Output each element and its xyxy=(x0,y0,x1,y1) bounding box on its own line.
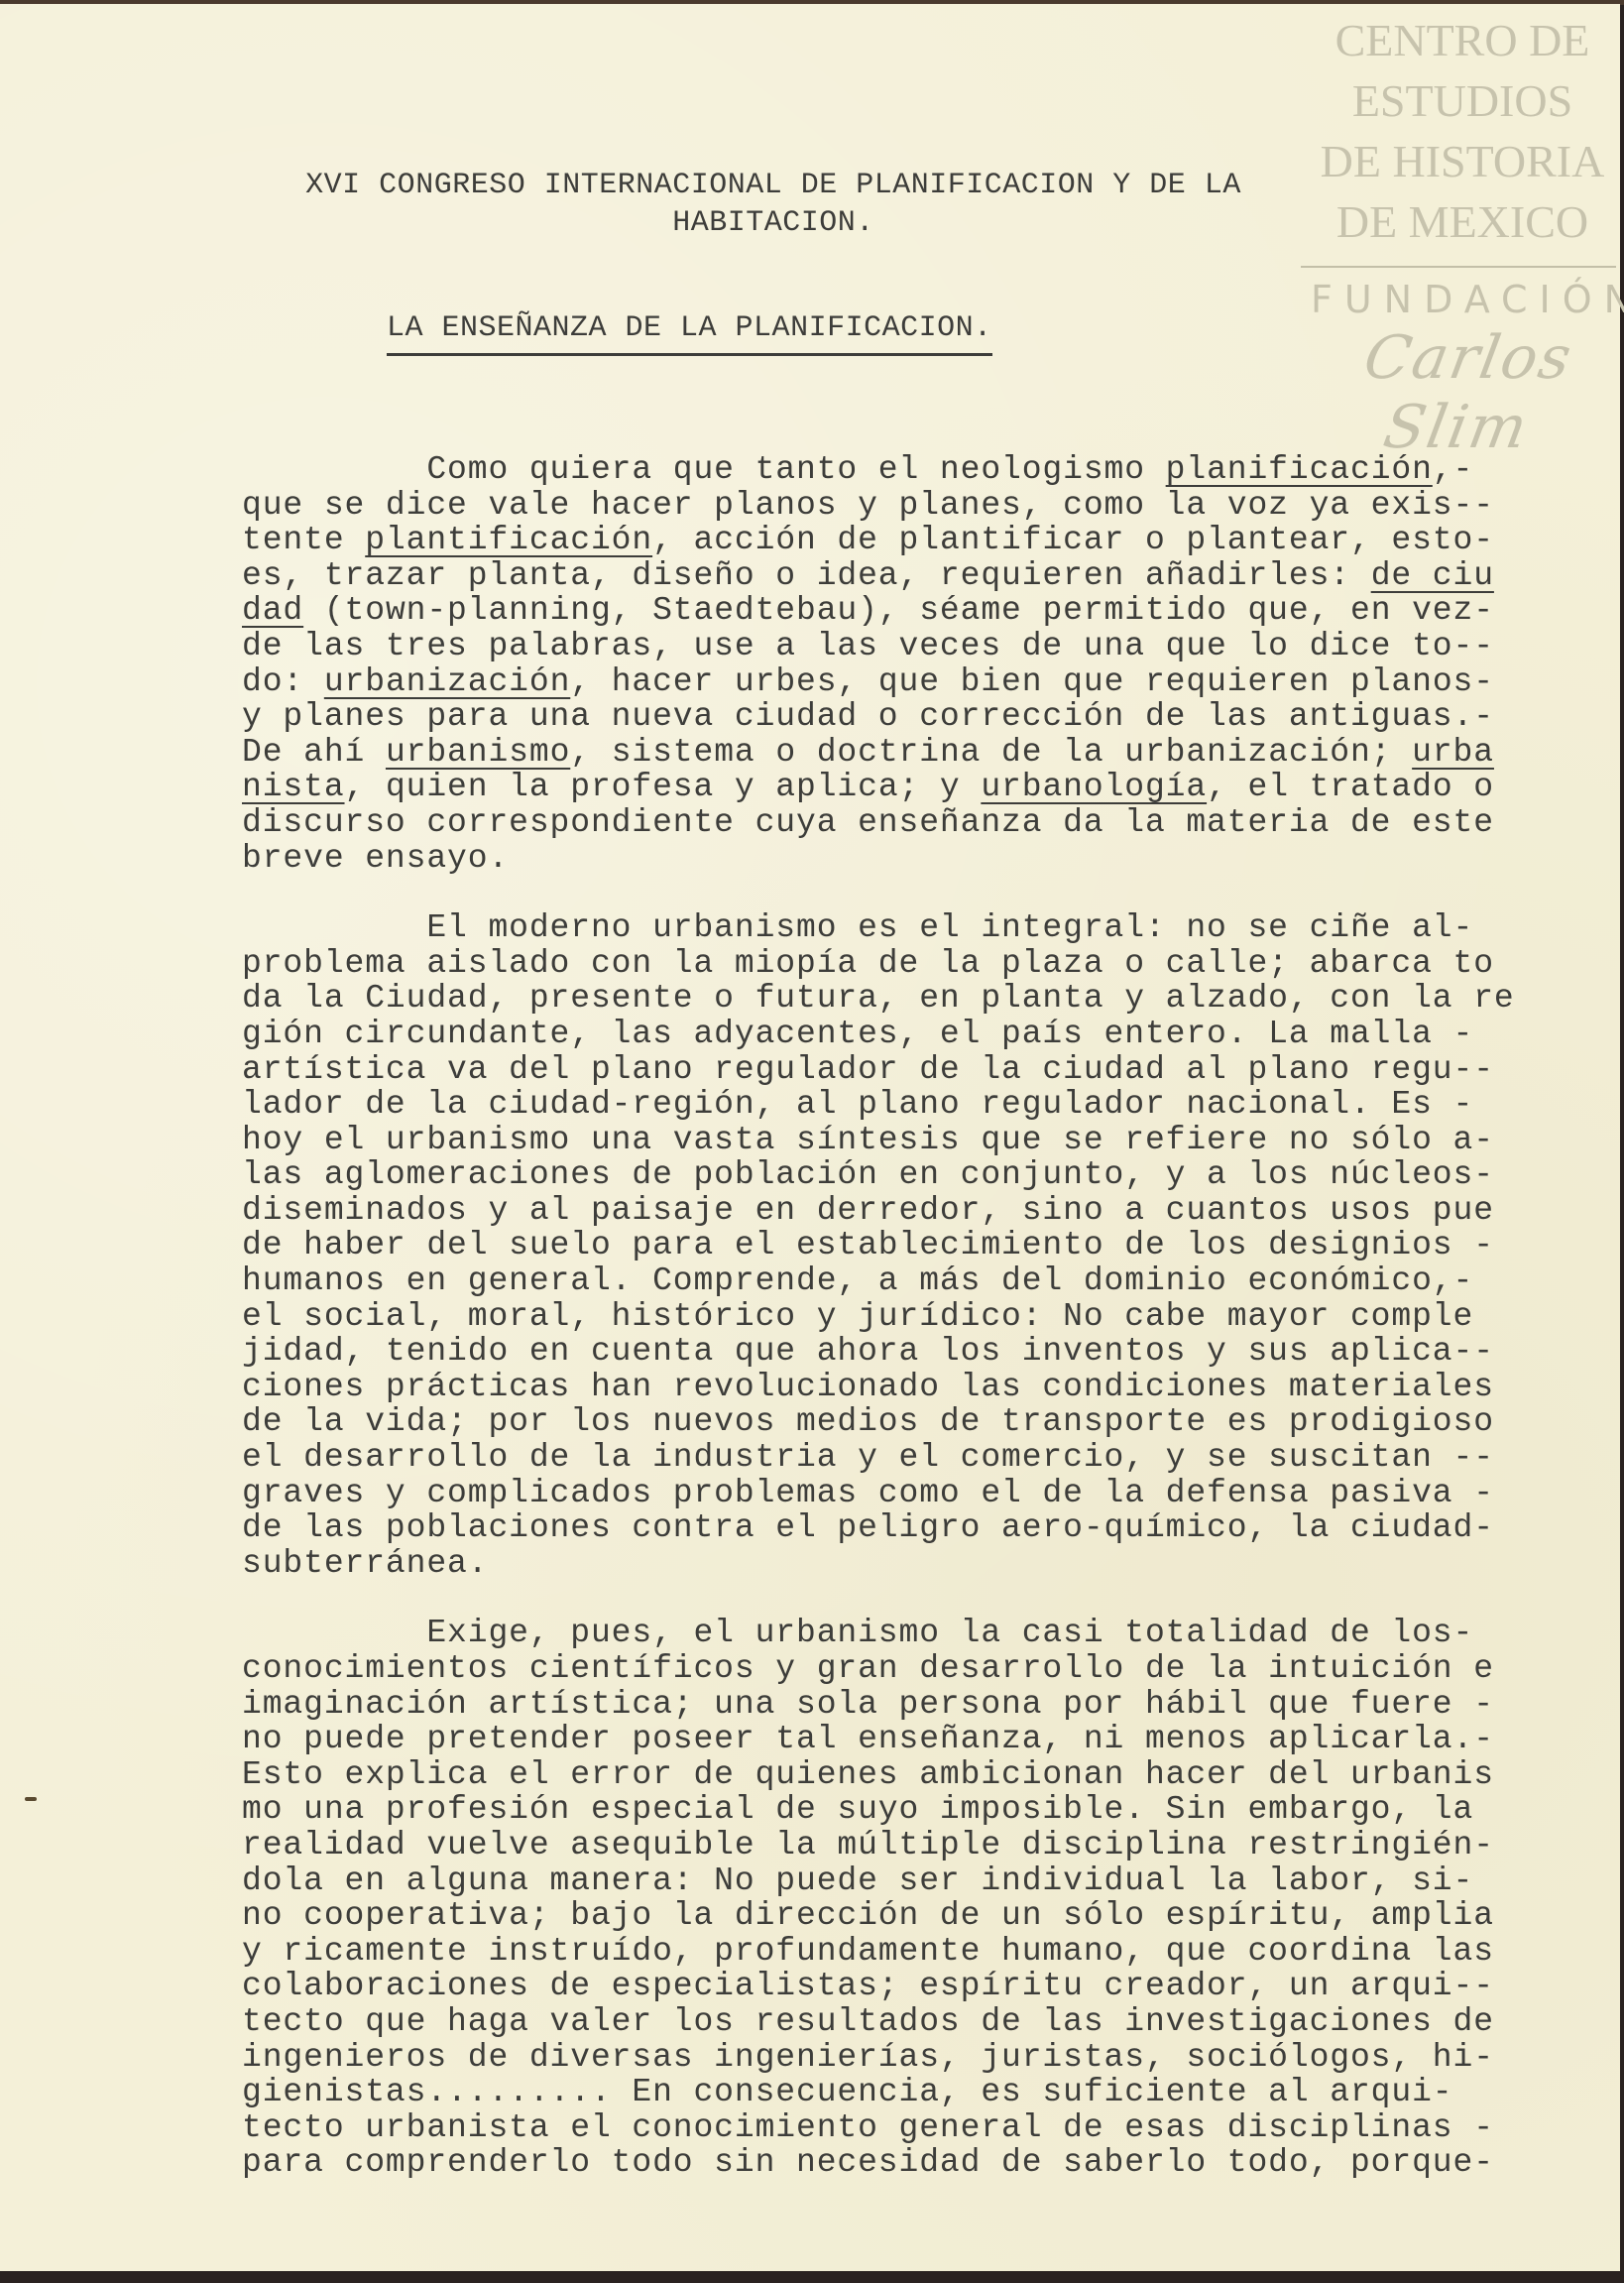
underlined-term: urbanismo xyxy=(386,734,570,771)
text-segment: , acción de plantificar o plantear, esto… xyxy=(652,522,1494,558)
text-segment: ciones prácticas han revolucionado las c… xyxy=(242,1369,1494,1405)
text-segment: el desarrollo de la industria y el comer… xyxy=(242,1439,1494,1476)
text-line: de las tres palabras, use a las veces de… xyxy=(242,629,1521,664)
paragraph: El moderno urbanismo es el integral: no … xyxy=(242,910,1521,1581)
text-segment: gienistas......... En consecuencia, es s… xyxy=(242,2074,1453,2110)
watermark-signature: Carlos Slim xyxy=(1289,323,1624,462)
watermark-line: DE HISTORIA xyxy=(1301,131,1624,191)
text-segment: diseminados y al paisaje en derredor, si… xyxy=(242,1192,1494,1229)
text-line: gienistas......... En consecuencia, es s… xyxy=(242,2075,1521,2110)
text-line: gión circundante, las adyacentes, el paí… xyxy=(242,1017,1521,1052)
text-line: no cooperativa; bajo la dirección de un … xyxy=(242,1898,1521,1934)
text-segment: de las tres palabras, use a las veces de… xyxy=(242,628,1494,664)
text-segment: no cooperativa; bajo la dirección de un … xyxy=(242,1897,1494,1934)
text-segment: es, trazar planta, diseño o idea, requie… xyxy=(242,557,1371,594)
text-line: colaboraciones de especialistas; espírit… xyxy=(242,1969,1521,2004)
document-header: XVI CONGRESO INTERNACIONAL DE PLANIFICAC… xyxy=(238,167,1309,242)
text-segment: conocimientos científicos y gran desarro… xyxy=(242,1650,1494,1687)
text-line: tecto urbanista el conocimiento general … xyxy=(242,2110,1521,2146)
text-segment: subterránea. xyxy=(242,1545,488,1582)
text-segment: no puede pretender poseer tal enseñanza,… xyxy=(242,1721,1494,1757)
text-segment: humanos en general. Comprende, a más del… xyxy=(242,1262,1473,1299)
underlined-term: dad xyxy=(242,592,303,629)
watermark-foundation: FUNDACIÓN xyxy=(1301,276,1624,323)
text-line: conocimientos científicos y gran desarro… xyxy=(242,1651,1521,1687)
text-line: Exige, pues, el urbanismo la casi totali… xyxy=(242,1616,1521,1651)
text-line: el desarrollo de la industria y el comer… xyxy=(242,1440,1521,1476)
text-segment: da la Ciudad, presente o futura, en plan… xyxy=(242,980,1515,1017)
text-segment: Esto explica el error de quienes ambicio… xyxy=(242,1756,1494,1793)
text-segment: , hacer urbes, que bien que requieren pl… xyxy=(570,663,1494,700)
text-segment: de las poblaciones contra el peligro aer… xyxy=(242,1509,1494,1546)
text-segment: tecto urbanista el conocimiento general … xyxy=(242,2109,1494,2146)
text-line: y planes para una nueva ciudad o correcc… xyxy=(242,699,1521,735)
text-line: tecto que haga valer los resultados de l… xyxy=(242,2004,1521,2040)
text-segment: realidad vuelve asequible la múltiple di… xyxy=(242,1827,1494,1863)
text-segment: lador de la ciudad-región, al plano regu… xyxy=(242,1086,1473,1123)
paragraph: Exige, pues, el urbanismo la casi totali… xyxy=(242,1616,1521,2181)
text-line: do: urbanización, hacer urbes, que bien … xyxy=(242,664,1521,700)
text-line: mo una profesión especial de suyo imposi… xyxy=(242,1792,1521,1828)
text-line: tente plantificación, acción de plantifi… xyxy=(242,523,1521,558)
text-line: ingenieros de diversas ingenierías, juri… xyxy=(242,2040,1521,2076)
text-line: problema aislado con la miopía de la pla… xyxy=(242,946,1521,982)
text-line: jidad, tenido en cuenta que ahora los in… xyxy=(242,1334,1521,1370)
text-line: discurso correspondiente cuya enseñanza … xyxy=(242,805,1521,841)
text-segment: graves y complicados problemas como el d… xyxy=(242,1475,1494,1511)
text-line: el social, moral, histórico y jurídico: … xyxy=(242,1299,1521,1335)
archive-watermark: CENTRO DE ESTUDIOS DE HISTORIA DE MEXICO… xyxy=(1301,10,1624,462)
watermark-divider xyxy=(1301,266,1616,268)
text-line: es, trazar planta, diseño o idea, requie… xyxy=(242,558,1521,594)
text-segment: tecto que haga valer los resultados de l… xyxy=(242,2003,1494,2040)
text-segment: dola en alguna manera: No puede ser indi… xyxy=(242,1862,1473,1899)
watermark-line: CENTRO DE xyxy=(1301,10,1624,70)
text-line: de las poblaciones contra el peligro aer… xyxy=(242,1510,1521,1546)
text-line: y ricamente instruído, profundamente hum… xyxy=(242,1934,1521,1970)
underlined-term: urbanología xyxy=(981,769,1207,805)
text-line: imaginación artística; una sola persona … xyxy=(242,1687,1521,1723)
text-line: artística va del plano regulador de la c… xyxy=(242,1052,1521,1088)
text-line: nista, quien la profesa y aplica; y urba… xyxy=(242,770,1521,805)
text-segment: y planes para una nueva ciudad o correcc… xyxy=(242,698,1494,735)
text-segment: que se dice vale hacer planos y planes, … xyxy=(242,487,1494,524)
text-segment: , sistema o doctrina de la urbanización; xyxy=(570,734,1412,771)
text-segment: De ahí xyxy=(242,734,386,771)
text-line: da la Ciudad, presente o futura, en plan… xyxy=(242,981,1521,1017)
text-line: lador de la ciudad-región, al plano regu… xyxy=(242,1087,1521,1123)
text-segment: breve ensayo. xyxy=(242,840,509,877)
text-segment: , quien la profesa y aplica; y xyxy=(345,769,982,805)
underlined-term: nista xyxy=(242,769,345,805)
header-line-1: XVI CONGRESO INTERNACIONAL DE PLANIFICAC… xyxy=(238,167,1309,204)
text-line: El moderno urbanismo es el integral: no … xyxy=(242,910,1521,946)
watermark-line: DE MEXICO xyxy=(1301,191,1624,252)
text-segment: El moderno urbanismo es el integral: no … xyxy=(242,909,1473,946)
text-segment: problema aislado con la miopía de la pla… xyxy=(242,945,1494,982)
text-line: Como quiera que tanto el neologismo plan… xyxy=(242,452,1521,488)
watermark-line: ESTUDIOS xyxy=(1301,70,1624,131)
header-line-2: HABITACION. xyxy=(238,204,1309,242)
text-line: que se dice vale hacer planos y planes, … xyxy=(242,488,1521,524)
text-segment: mo una profesión especial de suyo imposi… xyxy=(242,1791,1473,1828)
underlined-term: de ciu xyxy=(1371,557,1494,594)
underlined-term: urbanización xyxy=(324,663,570,700)
text-segment: ingenieros de diversas ingenierías, juri… xyxy=(242,2039,1494,2076)
text-line: Esto explica el error de quienes ambicio… xyxy=(242,1757,1521,1793)
text-segment: el social, moral, histórico y jurídico: … xyxy=(242,1298,1473,1335)
text-line: de haber del suelo para el establecimien… xyxy=(242,1228,1521,1263)
text-line: diseminados y al paisaje en derredor, si… xyxy=(242,1193,1521,1229)
text-line: de la vida; por los nuevos medios de tra… xyxy=(242,1404,1521,1440)
document-body: Como quiera que tanto el neologismo plan… xyxy=(242,452,1521,2181)
text-line: no puede pretender poseer tal enseñanza,… xyxy=(242,1722,1521,1757)
text-segment: do: xyxy=(242,663,324,700)
text-segment: , el tratado o xyxy=(1207,769,1494,805)
text-segment: imaginación artística; una sola persona … xyxy=(242,1686,1494,1723)
text-line: humanos en general. Comprende, a más del… xyxy=(242,1263,1521,1299)
text-segment: tente xyxy=(242,522,365,558)
text-line: hoy el urbanismo una vasta síntesis que … xyxy=(242,1123,1521,1158)
text-line: para comprenderlo todo sin necesidad de … xyxy=(242,2145,1521,2181)
text-segment: para comprenderlo todo sin necesidad de … xyxy=(242,2144,1494,2181)
text-line: las aglomeraciones de población en conju… xyxy=(242,1157,1521,1193)
text-segment: colaboraciones de especialistas; espírit… xyxy=(242,1968,1494,2004)
text-segment: las aglomeraciones de población en conju… xyxy=(242,1156,1494,1193)
text-line: graves y complicados problemas como el d… xyxy=(242,1476,1521,1511)
text-line: subterránea. xyxy=(242,1546,1521,1582)
text-line: ciones prácticas han revolucionado las c… xyxy=(242,1370,1521,1405)
text-segment: ,- xyxy=(1433,451,1473,488)
text-segment: jidad, tenido en cuenta que ahora los in… xyxy=(242,1333,1494,1370)
text-segment: y ricamente instruído, profundamente hum… xyxy=(242,1933,1494,1970)
text-line: dola en alguna manera: No puede ser indi… xyxy=(242,1863,1521,1899)
text-line: dad (town-planning, Staedtebau), séame p… xyxy=(242,593,1521,629)
underlined-term: urba xyxy=(1412,734,1494,771)
text-segment: Exige, pues, el urbanismo la casi totali… xyxy=(242,1615,1473,1651)
text-segment: gión circundante, las adyacentes, el paí… xyxy=(242,1016,1473,1052)
text-segment: de haber del suelo para el establecimien… xyxy=(242,1227,1494,1263)
text-line: De ahí urbanismo, sistema o doctrina de … xyxy=(242,735,1521,771)
text-segment: Como quiera que tanto el neologismo xyxy=(242,451,1166,488)
text-segment: de la vida; por los nuevos medios de tra… xyxy=(242,1403,1494,1440)
text-line: realidad vuelve asequible la múltiple di… xyxy=(242,1828,1521,1863)
paragraph: Como quiera que tanto el neologismo plan… xyxy=(242,452,1521,876)
text-line: breve ensayo. xyxy=(242,841,1521,877)
underlined-term: plantificación xyxy=(365,522,652,558)
document-title: LA ENSEÑANZA DE LA PLANIFICACION. xyxy=(387,309,992,356)
ink-speck xyxy=(25,1797,37,1801)
text-segment: (town-planning, Staedtebau), séame permi… xyxy=(303,592,1494,629)
text-segment: hoy el urbanismo una vasta síntesis que … xyxy=(242,1122,1494,1158)
text-segment: artística va del plano regulador de la c… xyxy=(242,1051,1494,1088)
text-segment: discurso correspondiente cuya enseñanza … xyxy=(242,804,1494,841)
underlined-term: planificación xyxy=(1166,451,1433,488)
